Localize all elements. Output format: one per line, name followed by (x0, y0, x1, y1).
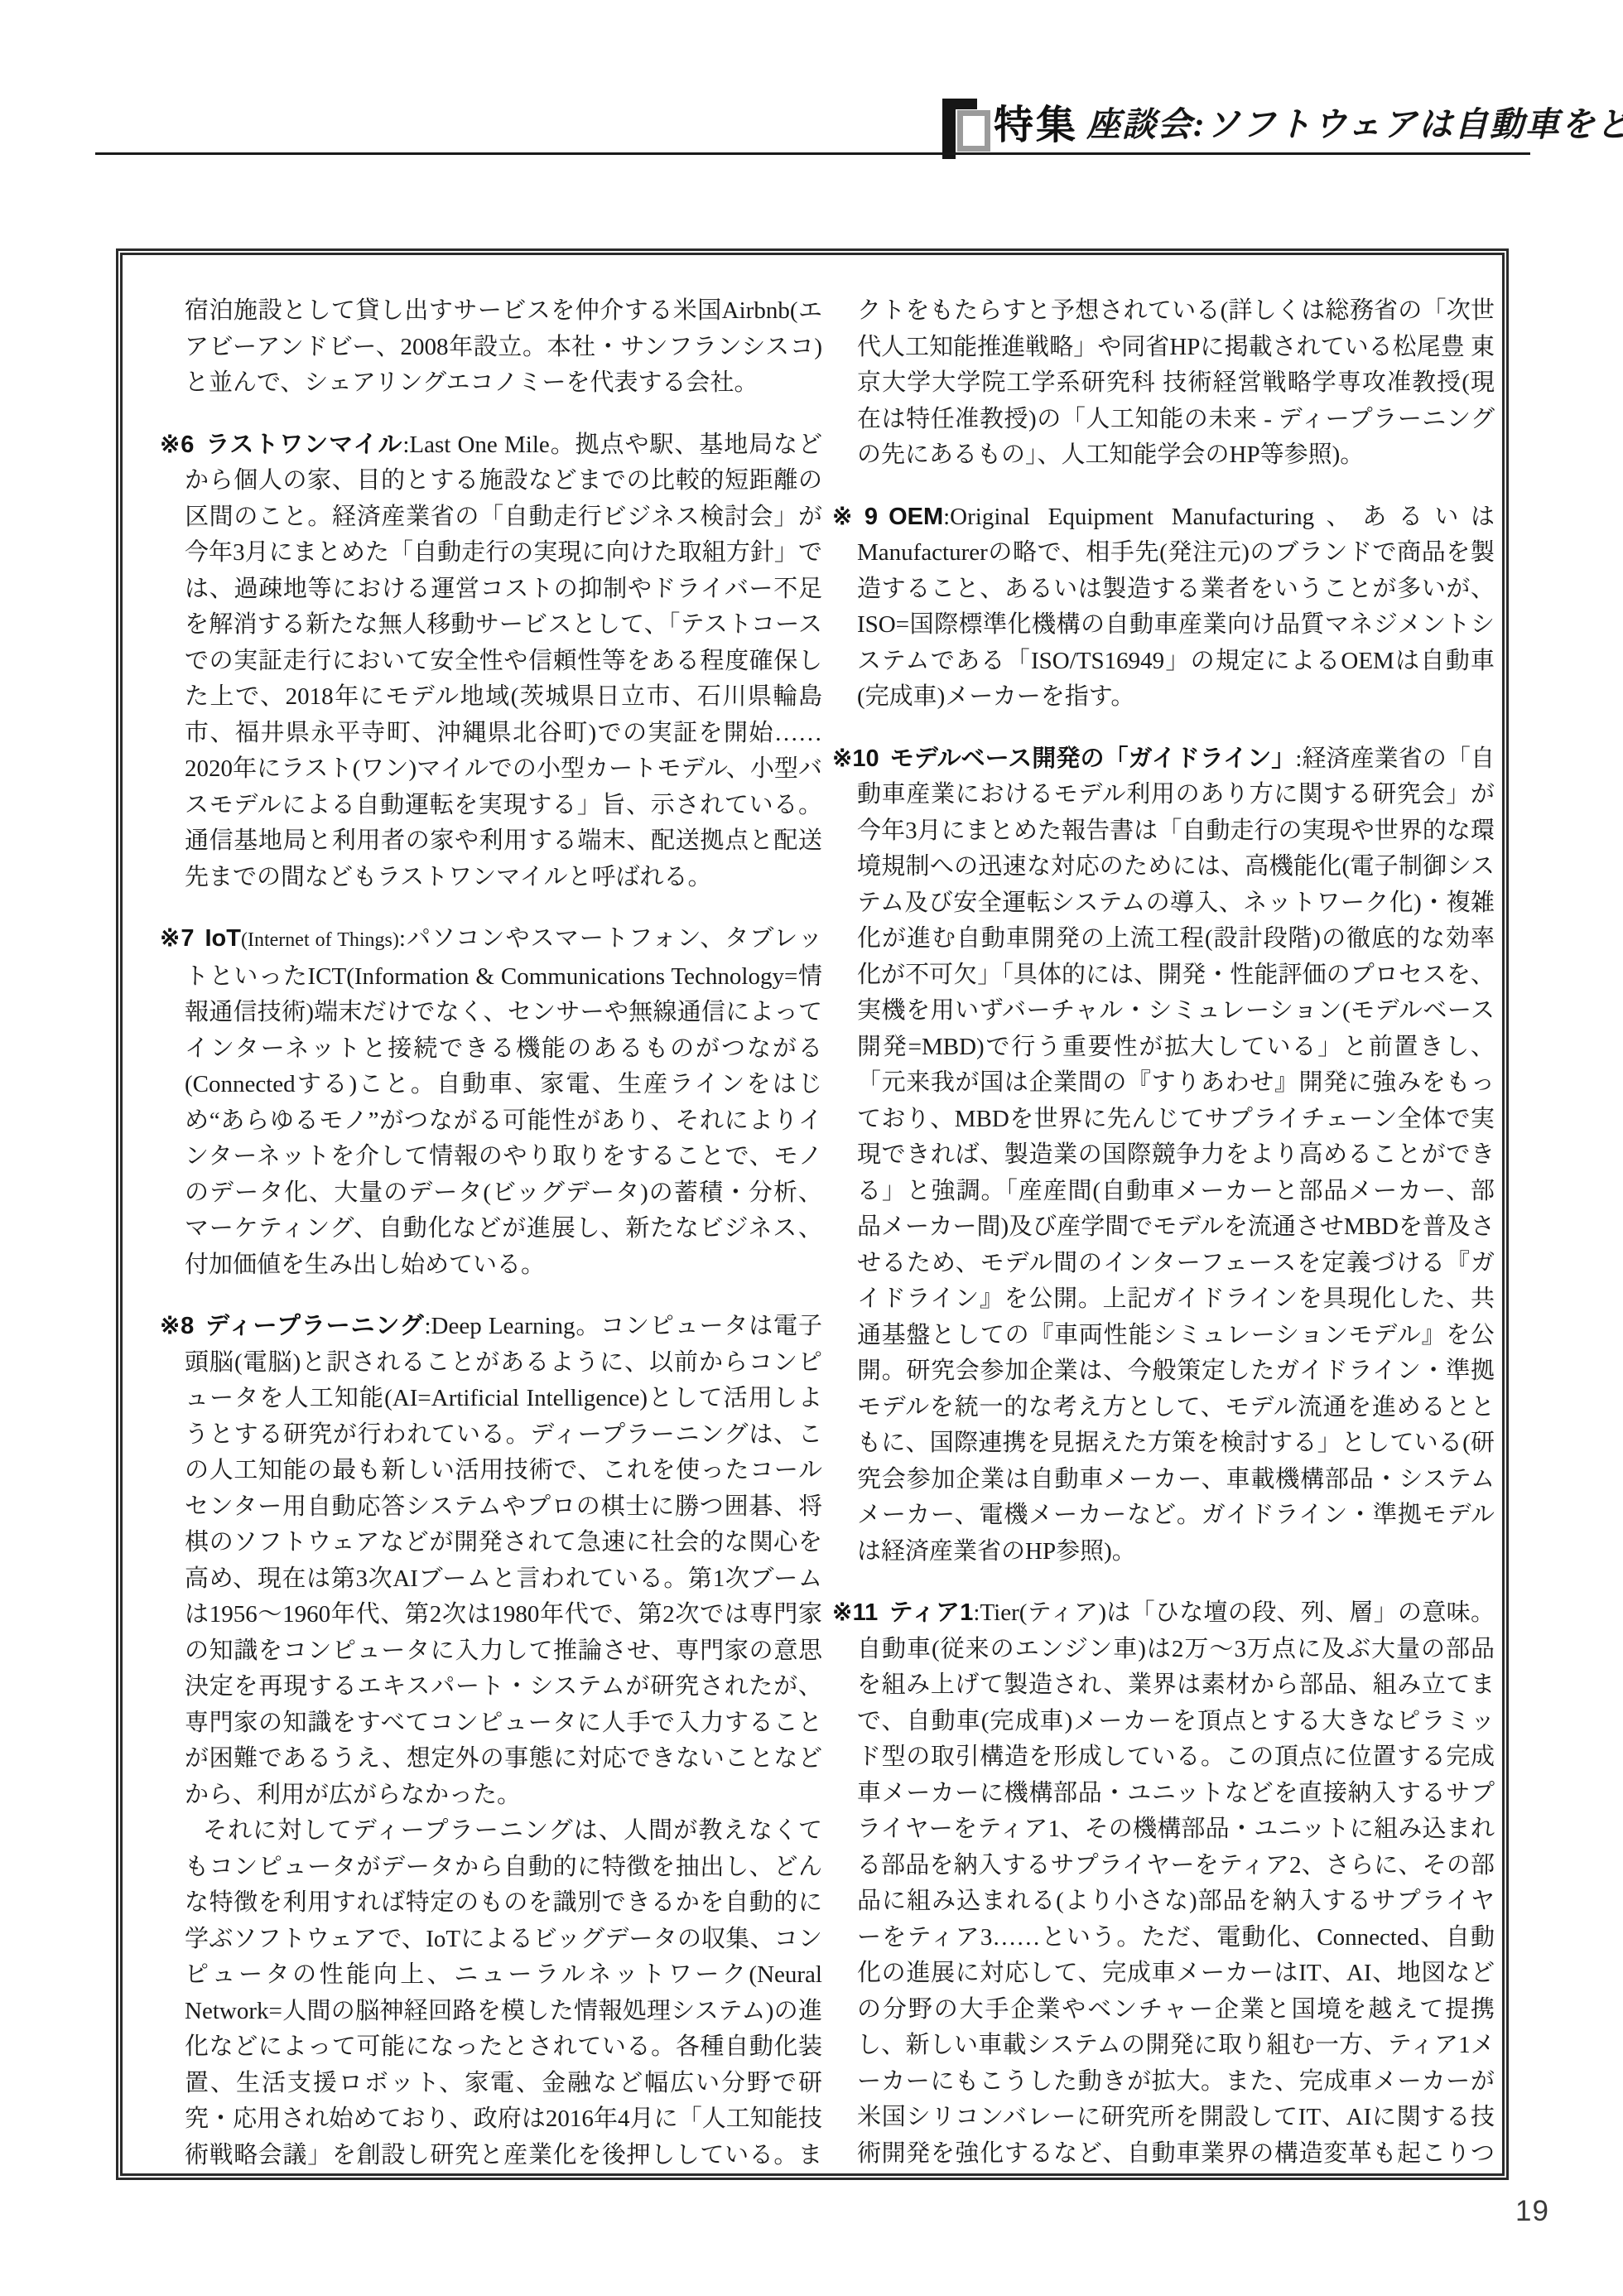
article-title: 座談会:ソフトウェアは自動車をどう変えるか? (1086, 108, 1623, 142)
footnote-entry-10: ※10モデルベース開発の「ガイドライン」:経済産業省の「自動車産業におけるモデル… (832, 741, 1495, 1570)
footnote-text: :Original Equipment Manufacturing、あるいはMa… (857, 504, 1495, 711)
footnote-text: :Tier(ティア)は「ひな壇の段、列、層」の意味。自動車(従来のエンジン車)は… (857, 1599, 1495, 2180)
footnote-body: クトをもたらすと予想されている(詳しくは総務省の「次世代人工知能推進戦略」や同省… (832, 293, 1495, 474)
footnote-entry-8: ※8ディープラーニング:Deep Learning。コンピュータは電子頭脳(電脳… (160, 1309, 822, 2180)
page-number: 19 (1515, 2195, 1549, 2228)
footnote-body-paragraph-2: それに対してディープラーニングは、人間が教えなくてもコンピュータがデータから自動… (160, 1813, 822, 2180)
footnote-text: クトをもたらすと予想されている(詳しくは総務省の「次世代人工知能推進戦略」や同省… (857, 297, 1495, 468)
footnote-text: 宿泊施設として貸し出すサービスを仲介する米国Airbnb(エアビーアンドビー、2… (185, 297, 822, 396)
footnotes-box: 宿泊施設として貸し出すサービスを仲介する米国Airbnb(エアビーアンドビー、2… (116, 248, 1509, 2180)
footnote-entry-11: ※11ティア1:Tier(ティア)は「ひな壇の段、列、層」の意味。自動車(従来の… (832, 1595, 1495, 2180)
corner-bracket-icon-black-bracket (942, 99, 977, 159)
footnote-text: :パソコンやスマートフォン、タブレットといったICT(Information &… (185, 925, 822, 1278)
footnote-body: ※8ディープラーニング:Deep Learning。コンピュータは電子頭脳(電脳… (160, 1309, 822, 1813)
footnote-body: ※7IoT(Internet of Things):パソコンやスマートフォン、タ… (160, 921, 822, 1283)
footnote-marker: ※6 (160, 432, 194, 458)
footnote-term: ディープラーニング (205, 1313, 424, 1339)
footnote-term: モデルベース開発の「ガイドライン」 (890, 745, 1296, 772)
header-rule (95, 152, 1530, 155)
footnote-text: :Last One Mile。拠点や駅、基地局などから個人の家、目的とする施設な… (185, 432, 822, 890)
footnotes-right-column: クトをもたらすと予想されている(詳しくは総務省の「次世代人工知能推進戦略」や同省… (832, 293, 1495, 2149)
footnote-text: :経済産業省の「自動車産業におけるモデル利用のあり方に関する研究会」が今年3月に… (857, 745, 1495, 1565)
footnote-entry-7: ※7IoT(Internet of Things):パソコンやスマートフォン、タ… (160, 921, 822, 1283)
footnote-continuation: 宿泊施設として貸し出すサービスを仲介する米国Airbnb(エアビーアンドビー、2… (160, 293, 822, 402)
footnote-body: 宿泊施設として貸し出すサービスを仲介する米国Airbnb(エアビーアンドビー、2… (160, 293, 822, 402)
footnote-text: :Deep Learning。コンピュータは電子頭脳(電脳)と訳されることがある… (185, 1313, 822, 1808)
feature-badge-label: 特集 (994, 106, 1078, 146)
footnote-marker: ※8 (160, 1313, 194, 1339)
corner-bracket-icon (942, 99, 989, 153)
feature-badge: 特集 (942, 96, 1078, 156)
footnote-entry-9: ※9OEM:Original Equipment Manufacturing、あ… (832, 499, 1495, 716)
footnote-term: IoT (205, 925, 242, 952)
footnote-body: ※9OEM:Original Equipment Manufacturing、あ… (832, 499, 1495, 716)
footnote-marker: ※7 (160, 925, 194, 952)
footnote-marker: ※11 (832, 1599, 878, 1626)
footnote-body: ※11ティア1:Tier(ティア)は「ひな壇の段、列、層」の意味。自動車(従来の… (832, 1595, 1495, 2180)
footnote-marker: ※10 (832, 745, 879, 772)
footnote-body: ※10モデルベース開発の「ガイドライン」:経済産業省の「自動車産業におけるモデル… (832, 741, 1495, 1570)
footnote-term: ラストワンマイル (205, 432, 402, 458)
magazine-page: 特集 座談会:ソフトウェアは自動車をどう変えるか? 宿泊施設として貸し出すサービ… (0, 0, 1623, 2296)
footnote-term-note: (Internet of Things) (241, 929, 399, 951)
footnote-continuation: クトをもたらすと予想されている(詳しくは総務省の「次世代人工知能推進戦略」や同省… (832, 293, 1495, 474)
footnote-marker: ※9 (832, 504, 878, 530)
footnotes-left-column: 宿泊施設として貸し出すサービスを仲介する米国Airbnb(エアビーアンドビー、2… (160, 293, 822, 2149)
footnote-term: ティア1 (889, 1599, 973, 1626)
footnote-entry-6: ※6ラストワンマイル:Last One Mile。拠点や駅、基地局などから個人の… (160, 427, 822, 896)
footnote-term: OEM (889, 504, 943, 530)
footnote-body: ※6ラストワンマイル:Last One Mile。拠点や駅、基地局などから個人の… (160, 427, 822, 896)
